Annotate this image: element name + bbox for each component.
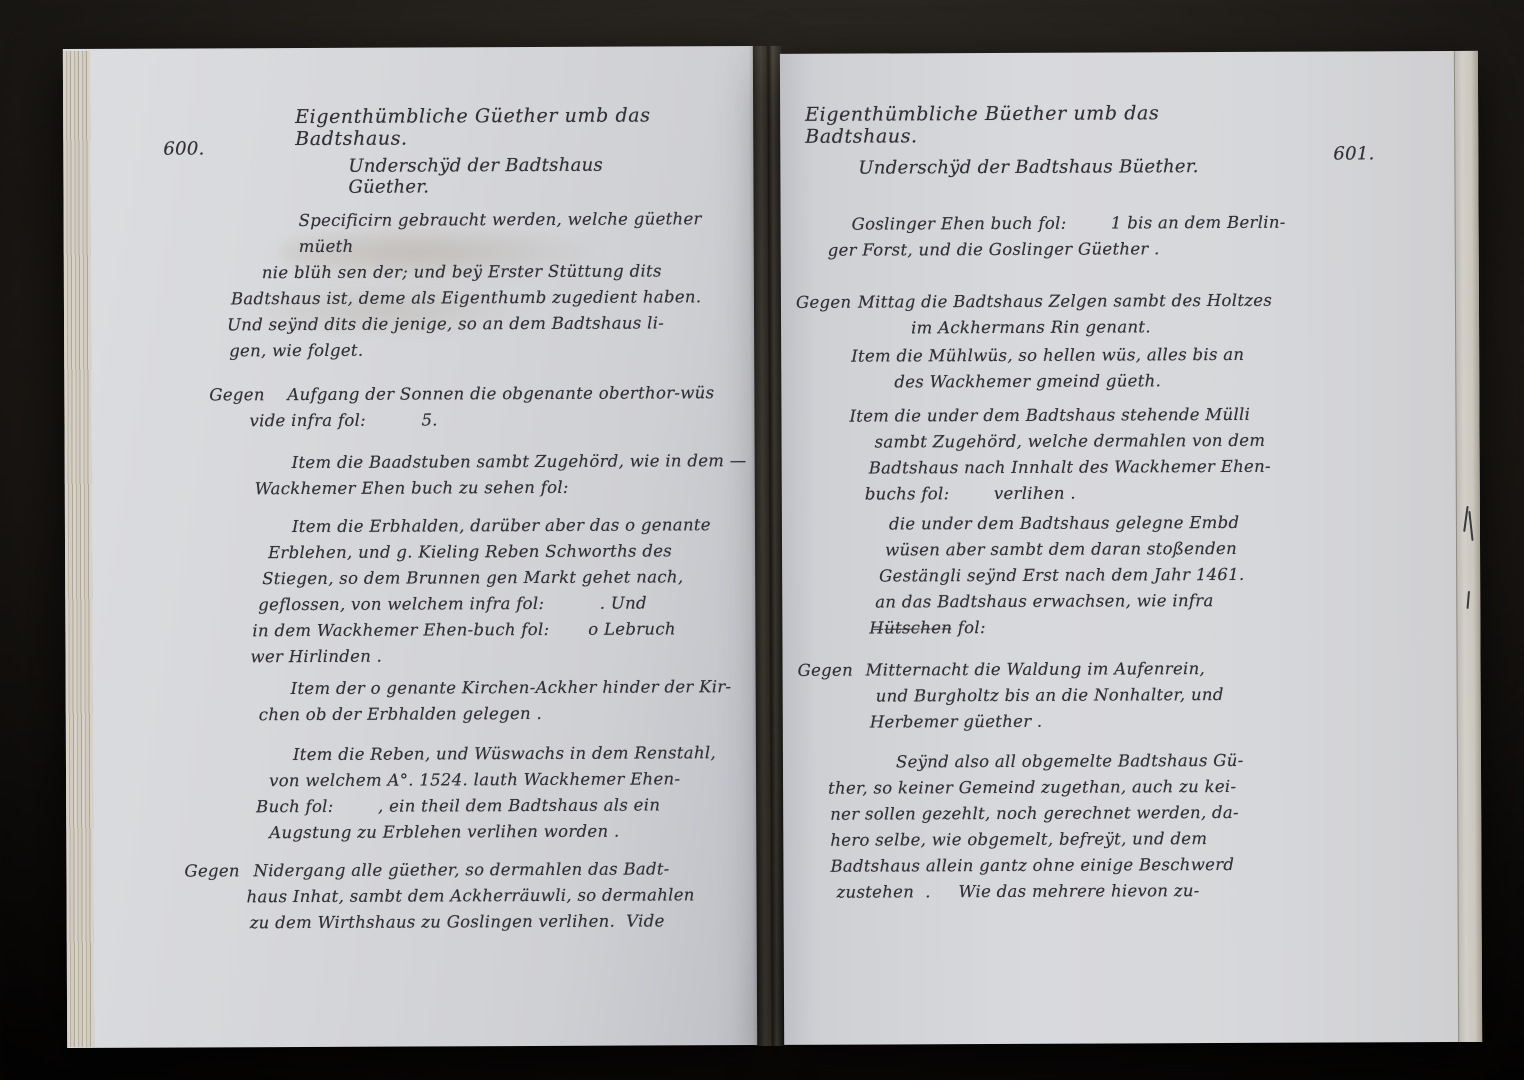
fore-edge [1454, 51, 1482, 1042]
manuscript-line: Mittag die Badtshaus Zelgen sambt des Ho… [858, 287, 1424, 315]
manuscript-line: sambt Zugehörd, welche dermahlen von dem [875, 427, 1425, 455]
paragraph: Item der o genante Kirchen-Ackher hinder… [171, 674, 751, 729]
manuscript-line: zustehen . Wie das mehrere hievon zu- [836, 877, 1426, 906]
manuscript-line: Specificirn gebraucht werden, welche güe… [299, 206, 749, 260]
manuscript-line: Item die Mühlwüs, so hellen wüs, alles b… [851, 341, 1424, 369]
paragraph: Gegen Mittag die Badtshaus Zelgen sambt … [824, 287, 1424, 342]
manuscript-line: Erblehen, und g. Kieling Reben Schworths… [268, 538, 750, 566]
manuscript-line: des Wackhemer gmeind güeth. [894, 367, 1424, 395]
manuscript-line: gen, wie folget. [229, 336, 749, 364]
manuscript-line: Augstung zu Erblehen verlihen worden . [269, 818, 751, 846]
paragraph: Gegen Nidergang alle güether, so dermahl… [171, 856, 751, 937]
open-manuscript-book: Eigenthümbliche Güether umb das Badtshau… [0, 0, 1524, 1080]
manuscript-line: im Ackhermans Rin genant. [911, 313, 1424, 341]
fore-edge-mark [1463, 506, 1468, 532]
manuscript-line: wüsen aber sambt dem daran stoßenden [885, 535, 1425, 563]
manuscript-line: Gestängli seÿnd Erst nach dem Jahr 1461. [879, 561, 1425, 589]
manuscript-line: Badtshaus ist, deme als Eigenthumb zuged… [231, 284, 749, 312]
right-page: Eigenthümbliche Büether umb das Badtshau… [780, 51, 1482, 1045]
paragraph: Item die Erbhalden, darüber aber das o g… [170, 512, 751, 671]
manuscript-line: in dem Wackhemer Ehen-buch fol: o Lebruc… [252, 616, 750, 644]
manuscript-line: Nidergang alle güether, so dermahlen das… [253, 856, 751, 884]
manuscript-line: Item die under dem Badtshaus stehende Mü… [849, 401, 1424, 430]
manuscript-line: Mitternacht die Waldung im Aufenrein, [866, 655, 1426, 683]
manuscript-line: ner sollen gezehlt, noch gerechnet werde… [830, 799, 1426, 828]
paragraph: Goslinger Ehen buch fol: 1 bis an dem Be… [824, 209, 1424, 264]
margin-label: Gegen [184, 858, 240, 884]
margin-label: Gegen [798, 658, 854, 684]
manuscript-line: buchs fol: verlihen . [865, 479, 1425, 507]
left-page-number: 600. [163, 138, 204, 159]
page-edge-stack [63, 51, 94, 1047]
right-page-number: 601. [1333, 143, 1374, 164]
manuscript-line: Item die Reben, und Wüswachs in dem Rens… [293, 740, 751, 768]
manuscript-line: ther, so keiner Gemeind zugethan, auch z… [828, 773, 1426, 802]
manuscript-line: Wackhemer Ehen buch zu sehen fol: [255, 474, 750, 502]
manuscript-line: Herbemer güether . [870, 707, 1426, 735]
manuscript-line: haus Inhat, sambt dem Ackherräuwli, so d… [246, 882, 751, 910]
paragraph: Specificirn gebraucht werden, welche güe… [169, 206, 750, 365]
paragraph: Gegen Aufgang der Sonnen die obgenante o… [169, 380, 749, 435]
manuscript-line: vide infra fol: 5. [249, 406, 749, 434]
manuscript-line: Item der o genante Kirchen-Ackher hinder… [291, 674, 751, 702]
paragraph: Item die Reben, und Wüswachs in dem Rens… [171, 740, 751, 847]
manuscript-line: ger Forst, und die Goslinger Güether . [828, 235, 1424, 264]
manuscript-line: H̶ü̶t̶s̶c̶h̶e̶n̶ fol: [869, 613, 1425, 641]
manuscript-line: die under dem Badtshaus gelegne Embd [889, 509, 1425, 537]
photo-background: Eigenthümbliche Güether umb das Badtshau… [0, 0, 1524, 1080]
margin-label: Gegen [209, 382, 265, 408]
manuscript-line: Goslinger Ehen buch fol: 1 bis an dem Be… [852, 209, 1424, 237]
right-page-subheader: Underschÿd der Badtshaus Büether. [858, 156, 1208, 179]
left-page-subheader: Underschÿd der Badtshaus Güether. [348, 154, 678, 197]
manuscript-line: geflossen, von welchem infra fol: . Und [258, 590, 750, 618]
manuscript-line: Stiegen, so dem Brunnen gen Markt gehet … [262, 564, 750, 592]
paragraph: Seÿnd also all obgemelte Badtshaus Gü- t… [826, 747, 1427, 906]
right-page-header: Eigenthümbliche Büether umb das Badtshau… [805, 102, 1275, 148]
manuscript-line: chen ob der Erbhalden gelegen . [259, 700, 751, 728]
manuscript-line: zu dem Wirthshaus zu Goslingen verlihen.… [250, 908, 752, 936]
manuscript-line: Und seÿnd dits die jenige, so an dem Bad… [227, 310, 749, 338]
margin-label: Gegen [796, 290, 852, 316]
fore-edge-mark [1467, 591, 1470, 609]
manuscript-line: Seÿnd also all obgemelte Badtshaus Gü- [896, 747, 1426, 775]
manuscript-line: nie blüh sen der; und beÿ Erster Stüttun… [262, 258, 749, 286]
fore-edge-mark [1468, 511, 1473, 541]
manuscript-line: Buch fol: , ein theil dem Badtshaus als … [256, 792, 751, 820]
manuscript-line: Item die Baadstuben sambt Zugehörd, wie … [292, 448, 750, 476]
paragraph: Item die Mühlwüs, so hellen wüs, alles b… [824, 341, 1424, 396]
left-page-text-block: Specificirn gebraucht werden, welche güe… [169, 206, 752, 937]
paragraph: Item die Baadstuben sambt Zugehörd, wie … [170, 448, 750, 503]
left-page: Eigenthümbliche Güether umb das Badtshau… [63, 46, 757, 1048]
right-page-text-block: Goslinger Ehen buch fol: 1 bis an dem Be… [824, 209, 1427, 906]
left-page-header: Eigenthümbliche Güether umb das Badtshau… [295, 104, 755, 150]
manuscript-line: wer Hirlinden . [250, 642, 750, 670]
paragraph: die under dem Badtshaus gelegne Embd wüs… [825, 509, 1426, 642]
manuscript-line: an das Badtshaus erwachsen, wie infra [875, 587, 1425, 615]
manuscript-line: von welchem A°. 1524. lauth Wackhemer Eh… [269, 766, 751, 794]
manuscript-line: Badtshaus nach Innhalt des Wackhemer Ehe… [869, 453, 1425, 481]
manuscript-line: Aufgang der Sonnen die obgenante obertho… [287, 380, 749, 408]
manuscript-line: hero selbe, wie obgemelt, befreÿt, und d… [830, 825, 1426, 854]
manuscript-line: Badtshaus allein gantz ohne einige Besch… [830, 851, 1426, 880]
paragraph: Item die under dem Badtshaus stehende Mü… [824, 401, 1424, 508]
paragraph: Gegen Mitternacht die Waldung im Aufenre… [826, 655, 1426, 736]
manuscript-line: und Burgholtz bis an die Nonhalter, und [876, 681, 1426, 709]
manuscript-line: Item die Erbhalden, darüber aber das o g… [292, 512, 750, 540]
